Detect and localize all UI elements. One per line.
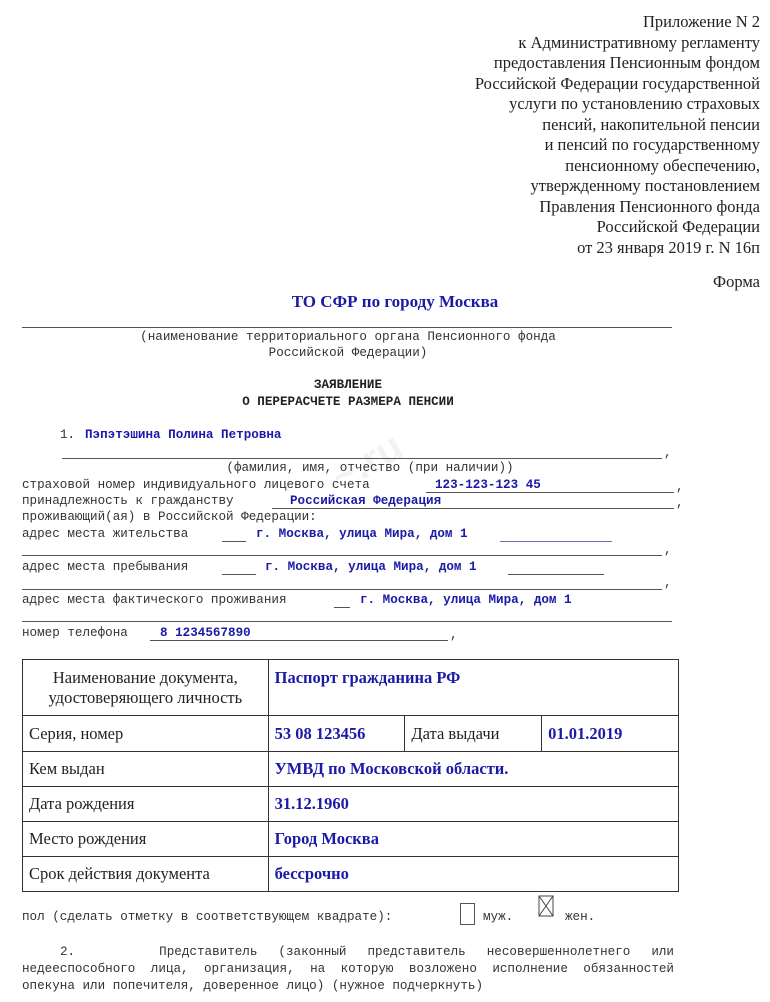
appendix-line: пенсионному обеспечению,: [340, 156, 760, 177]
birth-place-label: Место рождения: [23, 822, 269, 857]
phone-label: номер телефона: [22, 626, 128, 640]
citizenship-underline: [272, 508, 674, 509]
male-checkbox[interactable]: [460, 903, 475, 925]
validity-field[interactable]: бессрочно: [268, 857, 678, 892]
citizenship-label: принадлежность к гражданству: [22, 494, 234, 508]
doc-name-label: Наименование документа, удостоверяющего …: [23, 660, 269, 716]
appendix-line: и пенсий по государственному: [340, 135, 760, 156]
issued-by-field[interactable]: УМВД по Московской области.: [268, 752, 678, 787]
residing-label: проживающий(ая) в Российской Федерации:: [22, 510, 317, 524]
comma: ,: [676, 480, 684, 494]
full-name-field[interactable]: Пэпэтэшина Полина Петровна: [85, 428, 282, 442]
appendix-line: Российской Федерации: [340, 217, 760, 238]
doc-name-field[interactable]: Паспорт гражданина РФ: [268, 660, 678, 716]
organization-caption-2: Российской Федерации): [0, 346, 696, 360]
gender-label: пол (сделать отметку в соответствующем к…: [22, 910, 392, 924]
birth-date-label: Дата рождения: [23, 787, 269, 822]
comma: ,: [664, 446, 672, 460]
birth-date-field[interactable]: 31.12.1960: [268, 787, 678, 822]
comma: ,: [676, 496, 684, 510]
checked-x-icon: [538, 895, 554, 917]
residence-field[interactable]: г. Москва, улица Мира, дом 1: [256, 527, 468, 541]
stay-underline-tail: [508, 574, 604, 575]
comma: ,: [664, 576, 672, 590]
appendix-line: Правления Пенсионного фонда: [340, 197, 760, 218]
series-label: Серия, номер: [23, 716, 269, 752]
table-row: Место рождения Город Москва: [23, 822, 679, 857]
table-row: Кем выдан УМВД по Московской области.: [23, 752, 679, 787]
appendix-line: к Административному регламенту: [340, 33, 760, 54]
citizenship-field[interactable]: Российская Федерация: [290, 494, 441, 508]
appendix-line: пенсий, накопительной пенсии: [340, 115, 760, 136]
appendix-line: утвержденному постановлением: [340, 176, 760, 197]
actual-underline-short: [334, 607, 350, 608]
appendix-line: Российской Федерации государственной: [340, 74, 760, 95]
full-name-caption: (фамилия, имя, отчество (при наличии)): [0, 461, 740, 475]
organization-caption: (наименование территориального органа Пе…: [0, 330, 696, 344]
comma: ,: [450, 628, 458, 642]
residence-underline-tail: [500, 541, 612, 542]
validity-label: Срок действия документа: [23, 857, 269, 892]
representative-text: 2. Представитель (законный представитель…: [22, 944, 674, 995]
table-row: Срок действия документа бессрочно: [23, 857, 679, 892]
representative-description: Представитель (законный представитель не…: [22, 945, 674, 993]
snils-field[interactable]: 123-123-123 45: [435, 478, 541, 492]
stay-label: адрес места пребывания: [22, 560, 188, 574]
appendix-line: предоставления Пенсионным фондом: [340, 53, 760, 74]
organization-field[interactable]: ТО СФР по городу Москва: [0, 292, 770, 312]
residence-label: адрес места жительства: [22, 527, 188, 541]
actual-address-field[interactable]: г. Москва, улица Мира, дом 1: [360, 593, 572, 607]
phone-field[interactable]: 8 1234567890: [160, 626, 251, 640]
series-field[interactable]: 53 08 123456: [268, 716, 405, 752]
document-title: ЗАЯВЛЕНИЕ: [0, 378, 696, 392]
organization-underline: [22, 327, 672, 328]
female-checkbox[interactable]: [538, 895, 554, 917]
stay-underline-2: [22, 589, 662, 590]
male-label: муж.: [483, 910, 513, 924]
appendix-line: услуги по установлению страховых: [340, 94, 760, 115]
comma: ,: [664, 543, 672, 557]
snils-label: страховой номер индивидуального лицевого…: [22, 478, 370, 492]
residence-underline-short: [222, 541, 246, 542]
table-row: Дата рождения 31.12.1960: [23, 787, 679, 822]
female-label: жен.: [565, 910, 595, 924]
snils-underline: [426, 492, 674, 493]
table-row: Наименование документа, удостоверяющего …: [23, 660, 679, 716]
stay-field[interactable]: г. Москва, улица Мира, дом 1: [265, 560, 477, 574]
id-document-table: Наименование документа, удостоверяющего …: [22, 659, 679, 892]
representative-number: 2.: [60, 945, 75, 959]
doc-name-label-line2: удостоверяющего личность: [29, 688, 262, 708]
full-name-underline: [62, 458, 662, 459]
issue-date-field[interactable]: 01.01.2019: [542, 716, 679, 752]
issue-date-label: Дата выдачи: [405, 716, 542, 752]
residence-underline-2: [22, 555, 662, 556]
form-label: Форма: [713, 272, 760, 292]
birth-place-field[interactable]: Город Москва: [268, 822, 678, 857]
phone-underline: [150, 640, 448, 641]
appendix-line: от 23 января 2019 г. N 16п: [340, 238, 760, 259]
stay-underline-short: [222, 574, 256, 575]
appendix-header: Приложение N 2 к Административному регла…: [340, 12, 760, 258]
actual-underline-2: [22, 621, 672, 622]
appendix-line: Приложение N 2: [340, 12, 760, 33]
document-subtitle: О ПЕРЕРАСЧЕТЕ РАЗМЕРА ПЕНСИИ: [0, 395, 696, 409]
section-number: 1.: [60, 428, 75, 442]
doc-name-label-line1: Наименование документа,: [29, 668, 262, 688]
actual-address-label: адрес места фактического проживания: [22, 593, 287, 607]
issued-by-label: Кем выдан: [23, 752, 269, 787]
table-row: Серия, номер 53 08 123456 Дата выдачи 01…: [23, 716, 679, 752]
